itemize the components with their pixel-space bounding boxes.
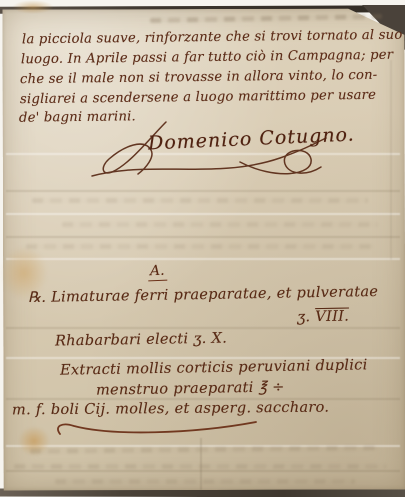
paper-crease xyxy=(6,236,400,238)
manuscript-photo: { "document": { "kind": "handwritten-let… xyxy=(0,0,405,497)
prescription-item-5: m. f. boli Cij. molles, et asperg. sacch… xyxy=(12,400,329,419)
bleed-through-text xyxy=(26,244,374,249)
prescription-header: A. xyxy=(148,263,167,282)
prescription-item-4: menstruo praeparati ℥ ÷ xyxy=(96,379,285,398)
paper-crease xyxy=(6,470,400,472)
prescription-item-1-dose: ʒ. VIII. xyxy=(297,309,349,326)
prescription-item-2: Rhabarbari electi ʒ. X. xyxy=(55,330,227,349)
paper-crease xyxy=(6,190,400,192)
paper-crease xyxy=(6,327,400,329)
stain xyxy=(12,0,54,14)
paper-crease xyxy=(6,258,400,260)
bleed-through-text xyxy=(32,198,368,203)
paper-crease xyxy=(6,213,400,215)
dose-value: VIII. xyxy=(315,309,349,326)
dose-symbol: ʒ. xyxy=(297,309,311,325)
paper-crease xyxy=(6,398,400,400)
bleed-through-text xyxy=(55,479,355,484)
bleed-through-text xyxy=(62,222,378,227)
paper-edge-crease xyxy=(390,60,392,260)
closing-flourish-underline xyxy=(52,418,262,440)
bleed-through-text xyxy=(14,464,386,469)
